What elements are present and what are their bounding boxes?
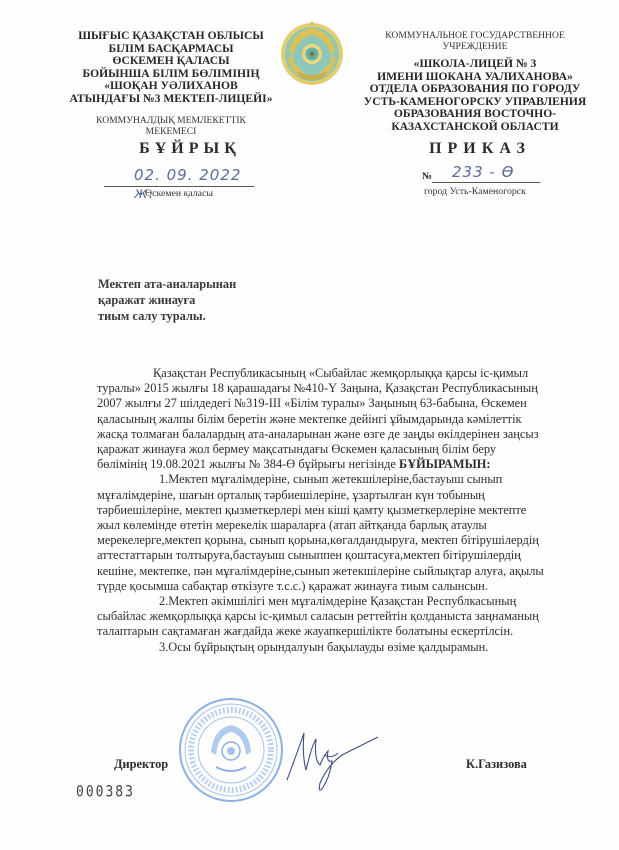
order-title-kazakh: БҰЙРЫҚ bbox=[125, 140, 255, 158]
official-stamp-icon bbox=[178, 697, 284, 803]
city-kazakh: Өскемен қаласы bbox=[104, 188, 254, 199]
header-main: «ШКОЛА-ЛИЦЕЙ № 3 ИМЕНИ ШОКАНА УАЛИХАНОВА… bbox=[360, 58, 590, 134]
order-item-2: 2.Мектеп әкімшілігі мен мұғалімдеріне Қа… bbox=[97, 594, 547, 640]
header-sub-line: МЕКЕМЕСІ bbox=[62, 126, 280, 137]
order-title-russian: ПРИКАЗ bbox=[405, 140, 555, 158]
preamble-paragraph: Қазақстан Республикасының «Сыбайлас жемқ… bbox=[97, 366, 547, 472]
city-russian: город Усть-Каменогорск bbox=[424, 186, 554, 197]
header-kazakh-institution: ШЫҒЫС ҚАЗАҚСТАН ОБЛЫСЫ БІЛІМ БАСҚАРМАСЫ … bbox=[62, 30, 280, 137]
order-item-1: 1.Мектеп мұғалімдеріне, сынып жетекшілер… bbox=[97, 472, 547, 594]
serial-number: 000383 bbox=[76, 784, 135, 802]
order-item-text: 1.Мектеп мұғалімдеріне, сынып жетекшілер… bbox=[97, 472, 544, 592]
header-sub-line: КОММУНАЛЬНОЕ ГОСУДАРСТВЕННОЕ bbox=[360, 30, 590, 41]
order-item-3: 3.Осы бұйрықтың орындалуын бақылауды өзі… bbox=[97, 640, 547, 655]
header-line: ӨСКЕМЕН ҚАЛАСЫ bbox=[62, 55, 280, 68]
header-sub-line: КОММУНАЛДЫҚ МЕМЛЕКЕТТІК bbox=[62, 115, 280, 126]
header-russian-institution: КОММУНАЛЬНОЕ ГОСУДАРСТВЕННОЕ УЧРЕЖДЕНИЕ … bbox=[360, 30, 590, 134]
header-sub-line: УЧРЕЖДЕНИЕ bbox=[360, 41, 590, 52]
header-line: «ШКОЛА-ЛИЦЕЙ № 3 bbox=[360, 58, 590, 71]
header-line: КАЗАХСТАНСКОЙ ОБЛАСТИ bbox=[360, 121, 590, 134]
order-number-label: № bbox=[422, 171, 432, 182]
kazakhstan-emblem-icon bbox=[279, 21, 345, 87]
header-sub: КОММУНАЛДЫҚ МЕМЛЕКЕТТІК МЕКЕМЕСІ bbox=[62, 115, 280, 137]
handwritten-signature-icon bbox=[282, 725, 382, 795]
document-page: ШЫҒЫС ҚАЗАҚСТАН ОБЛЫСЫ БІЛІМ БАСҚАРМАСЫ … bbox=[0, 0, 619, 850]
subject-line: қаражат жинауға bbox=[98, 292, 236, 308]
order-item-text: 3.Осы бұйрықтың орындалуын бақылауды өзі… bbox=[159, 640, 488, 654]
signer-name: К.Газизова bbox=[466, 757, 527, 772]
order-number-field: 233 - Ө bbox=[432, 162, 540, 183]
header-line: ШЫҒЫС ҚАЗАҚСТАН ОБЛЫСЫ bbox=[62, 30, 280, 43]
order-body: Қазақстан Республикасының «Сыбайлас жемқ… bbox=[97, 366, 547, 655]
subject-line: тиым салу туралы. bbox=[98, 308, 236, 324]
order-subject: Мектеп ата-аналарынан қаражат жинауға ти… bbox=[98, 276, 236, 324]
order-date-field: 02. 09. 2022 ж. bbox=[104, 162, 254, 187]
preamble-text: Қазақстан Республикасының «Сыбайлас жемқ… bbox=[97, 366, 539, 471]
order-item-text: 2.Мектеп әкімшілігі мен мұғалімдеріне Қа… bbox=[97, 594, 539, 638]
signer-position: Директор bbox=[114, 757, 168, 772]
order-word: БҰЙЫРАМЫН: bbox=[399, 457, 491, 471]
subject-line: Мектеп ата-аналарынан bbox=[98, 276, 236, 292]
order-number-value: 233 - Ө bbox=[452, 163, 514, 181]
header-line: АТЫНДАҒЫ №3 МЕКТЕП-ЛИЦЕЙІ» bbox=[62, 93, 280, 106]
header-line: ОТДЕЛА ОБРАЗОВАНИЯ ПО ГОРОДУ bbox=[360, 83, 590, 96]
